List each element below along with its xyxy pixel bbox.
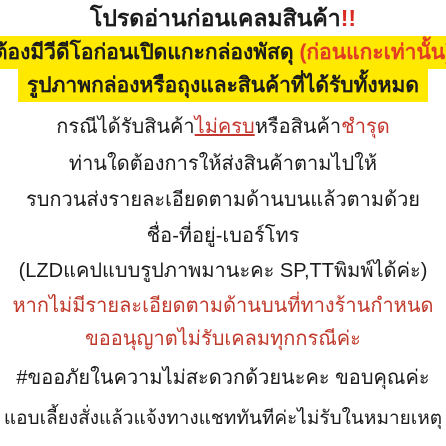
- claim-notice-page: โปรดอ่านก่อนเคลมสินค้า!! ต้องมีวีดีโอก่อ…: [0, 0, 446, 446]
- case-missing-or-damaged-line: กรณีได้รับสินค้าไม่ครบหรือสินค้าชำรุด: [56, 114, 389, 140]
- case-part2: หรือสินค้า: [255, 116, 341, 138]
- highlight-line1-red-note: (ก่อนแกะเท่านั้น): [299, 41, 446, 64]
- lzd-thai-text: แคปแบบรูปภาพมานะคะ: [63, 260, 280, 282]
- case-part1: กรณีได้รับสินค้า: [56, 116, 194, 138]
- warning-no-details-line: หากไม่มีรายละเอียดตามด้านบนที่ทางร้านกำห…: [12, 293, 433, 319]
- notice-title-text: โปรดอ่านก่อนเคลมสินค้า: [90, 5, 341, 31]
- notice-title: โปรดอ่านก่อนเคลมสินค้า!!: [90, 3, 356, 33]
- platform-instructions-line: (LZDแคปแบบรูปภาพมานะคะ SP,TTพิมพ์ได้ค่ะ): [19, 258, 428, 284]
- apology-hashtag-line: #ขออภัยในความไม่สะดวกด้วยนะคะ ขอบคุณค่ะ: [16, 365, 429, 391]
- highlight-line-video-requirement: ต้องมีวีดีโอก่อนเปิดแกะกล่องพัสดุ (ก่อนแ…: [0, 36, 446, 69]
- footer-note-line: แอบเลี้ยงสั่งแล้วแจ้งทางแชททันทีค่ะไม่รั…: [4, 406, 442, 432]
- send-details-line: รบกวนส่งรายละเอียดตามด้านบนแล้วตามด้วย: [26, 187, 420, 213]
- lzd-label: (LZD: [19, 260, 63, 282]
- send-replacement-line: ท่านใดต้องการให้ส่งสินค้าตามไปให้: [69, 151, 377, 177]
- warning-no-claim-line: ขออนุญาตไม่รับเคลมทุกกรณีค่ะ: [85, 326, 361, 352]
- highlight-line1-main: ต้องมีวีดีโอก่อนเปิดแกะกล่องพัสดุ: [0, 41, 299, 64]
- case-damaged-word: ชำรุด: [341, 116, 390, 138]
- contact-info-line: ชื่อ-ที่อยู่-เบอร์โทร: [147, 223, 300, 249]
- sp-tt-thai-text: พิมพ์ได้ค่ะ): [334, 260, 427, 282]
- highlight-line2-text: รูปภาพกล่องหรือถุงและสินค้าที่ได้รับทั้ง…: [27, 74, 419, 97]
- notice-title-emphasis: !!: [341, 5, 356, 31]
- sp-tt-label: SP,TT: [280, 260, 334, 282]
- highlight-line-photo-requirement: รูปภาพกล่องหรือถุงและสินค้าที่ได้รับทั้ง…: [18, 69, 428, 102]
- case-missing-word: ไม่ครบ: [195, 116, 255, 138]
- highlighted-requirements: ต้องมีวีดีโอก่อนเปิดแกะกล่องพัสดุ (ก่อนแ…: [0, 36, 446, 102]
